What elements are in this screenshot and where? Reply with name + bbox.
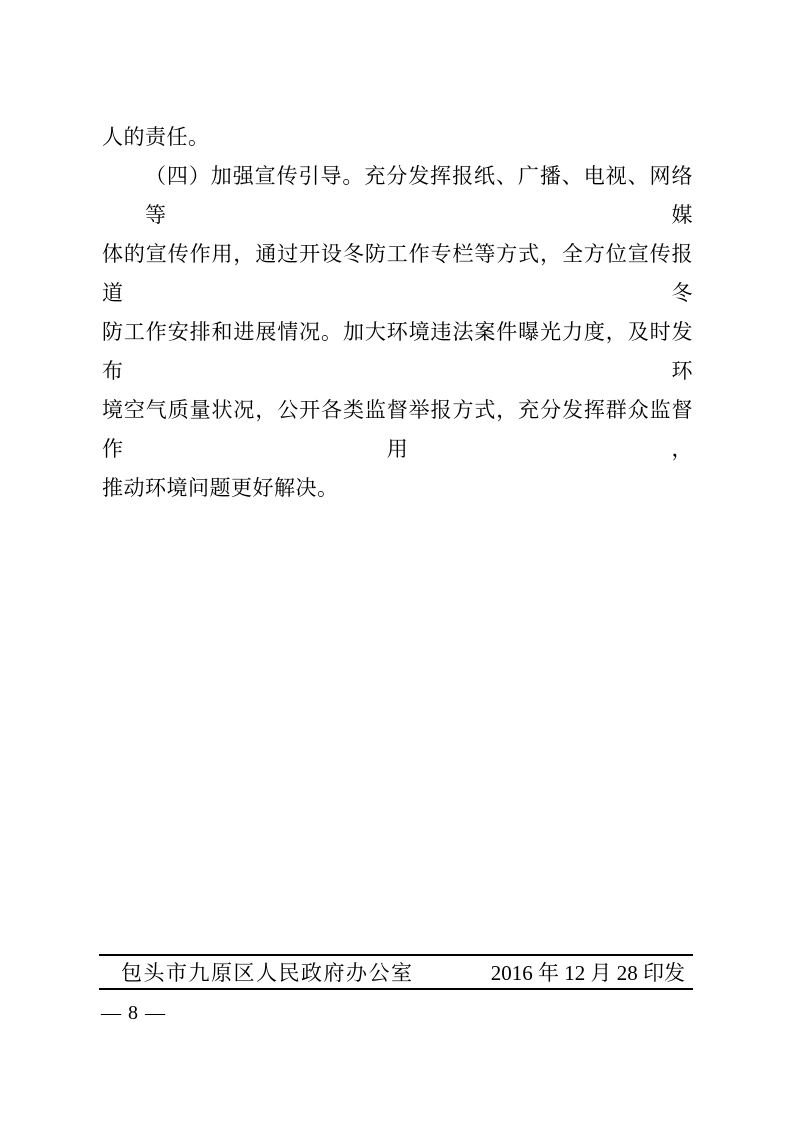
body-text-block: 人的责任。 （四）加强宣传引导。充分发挥报纸、广播、电视、网络等媒 体的宣传作用… bbox=[102, 118, 693, 508]
body-text-line: 人的责任。 bbox=[102, 118, 693, 157]
body-text-line: 体的宣传作用，通过开设冬防工作专栏等方式，全方位宣传报道冬 bbox=[102, 235, 693, 313]
body-text-line: 推动环境问题更好解决。 bbox=[102, 469, 693, 508]
footer-issuer: 包头市九原区人民政府办公室 bbox=[121, 957, 414, 987]
body-text-line: （四）加强宣传引导。充分发挥报纸、广播、电视、网络等媒 bbox=[102, 157, 693, 235]
document-page: 人的责任。 （四）加强宣传引导。充分发挥报纸、广播、电视、网络等媒 体的宣传作用… bbox=[0, 0, 793, 1122]
body-text-line: 防工作安排和进展情况。加大环境违法案件曝光力度，及时发布环 bbox=[102, 313, 693, 391]
footer-print-date: 2016 年 12 月 28 印发 bbox=[491, 957, 685, 987]
footer-colophon: 包头市九原区人民政府办公室 2016 年 12 月 28 印发 bbox=[99, 956, 693, 988]
page-number: — 8 — bbox=[101, 1002, 166, 1025]
footer-rule-bottom bbox=[99, 988, 693, 990]
body-text-line: 境空气质量状况，公开各类监督举报方式，充分发挥群众监督作用， bbox=[102, 391, 693, 469]
